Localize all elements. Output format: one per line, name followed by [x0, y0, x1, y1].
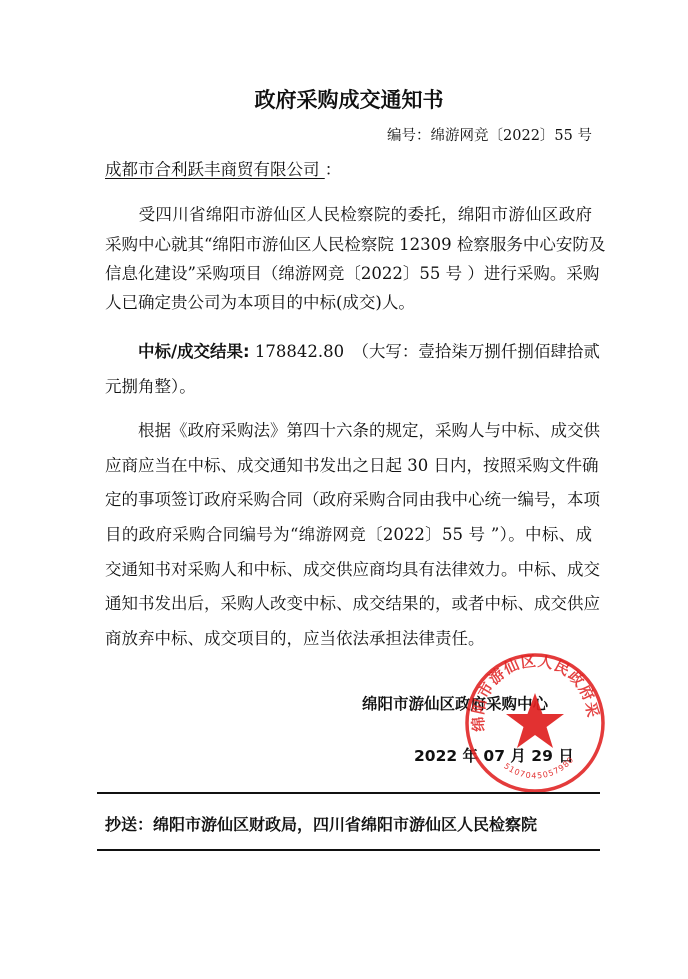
official-seal-stamp-icon: 绵阳市游仙区人民政府采购中心 5107045057980 — [463, 651, 607, 795]
paragraph-line: 应商应当在中标、成交通知书发出之日起 30 日内，按照采购文件确 — [105, 452, 592, 476]
cc-bottom-rule — [97, 849, 600, 851]
award-amount-capital-cont: 元捌角整）。 — [105, 373, 196, 397]
paragraph-line: 信息化建设”采购项目（绵游网竞〔2022〕55 号 ）进行采购。采购 — [105, 260, 592, 284]
addressee-name: 成都市合利跃丰商贸有限公司 — [105, 160, 325, 179]
signature-date: 2022 年 07 月 29 日 — [414, 744, 574, 766]
paragraph-line: 受四川省绵阳市游仙区人民检察院的委托，绵阳市游仙区政府 — [105, 201, 592, 225]
award-result-line: 中标/成交结果: 178842.80 （大写：壹拾柒万捌仟捌佰肆拾贰 — [105, 338, 600, 362]
paragraph-line: 商放弃中标、成交项目的，应当依法承担法律责任。 — [105, 625, 592, 649]
paragraph-line: 人已确定贵公司为本项目的中标(成交)人。 — [105, 289, 592, 313]
paragraph-line: 目的政府采购合同编号为“绵游网竞〔2022〕55 号 ”）。中标、成 — [105, 521, 592, 545]
cc-top-rule — [97, 792, 600, 794]
addressee-colon: ： — [325, 160, 342, 179]
addressee: 成都市合利跃丰商贸有限公司 ： — [105, 156, 341, 180]
award-amount: 178842.80 — [250, 342, 344, 361]
signature-organization: 绵阳市游仙区政府采购中心 — [362, 692, 548, 714]
paragraph-line: 交通知书对采购人和中标、成交供应商均具有法律效力。中标、成交 — [105, 556, 592, 580]
paragraph-line: 定的事项签订政府采购合同（政府采购合同由我中心统一编号，本项 — [105, 486, 592, 510]
document-title: 政府采购成交通知书 — [0, 84, 688, 114]
paragraph-line: 根据《政府采购法》第四十六条的规定，采购人与中标、成交供 — [105, 417, 592, 441]
document-number: 编号：绵游网竞〔2022〕55 号 — [387, 124, 592, 145]
paragraph-line: 采购中心就其“绵阳市游仙区人民检察院 12309 检察服务中心安防及 — [105, 231, 592, 255]
award-result-label: 中标/成交结果 — [138, 342, 243, 361]
award-result-colon: : — [243, 342, 250, 361]
carbon-copy-recipients: 抄送：绵阳市游仙区财政局，四川省绵阳市游仙区人民检察院 — [105, 812, 537, 835]
award-amount-capital: （大写：壹拾柒万捌仟捌佰肆拾贰 — [344, 342, 600, 361]
paragraph-line: 通知书发出后，采购人改变中标、成交结果的，或者中标、成交供应 — [105, 590, 592, 614]
